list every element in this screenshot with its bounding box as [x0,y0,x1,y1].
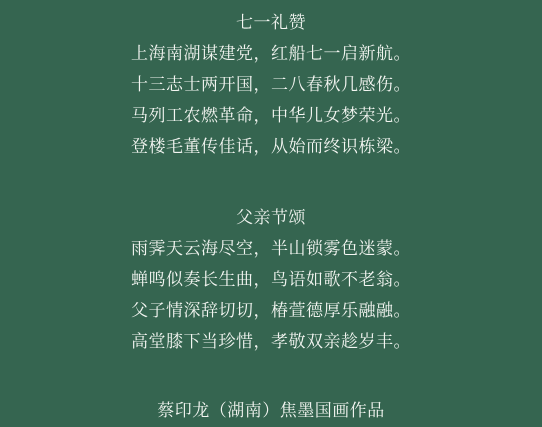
poem-1-line-1: 上海南湖谋建党，红船七一启新航。 [0,43,542,65]
poem-1-title: 七一礼赞 [0,12,542,34]
poem-1-line-2: 十三志士两开国，二八春秋几感伤。 [0,74,542,96]
poem-2-line-2: 蝉鸣似奏长生曲，鸟语如歌不老翁。 [0,269,542,291]
poem-2-line-4: 高堂膝下当珍惜，孝敬双亲趁岁丰。 [0,331,542,353]
artwork-credit: 蔡印龙（湖南）焦墨国画作品 [0,400,542,422]
poem-page: 七一礼赞 上海南湖谋建党，红船七一启新航。 十三志士两开国，二八春秋几感伤。 马… [0,0,542,427]
poem-1-line-3: 马列工农燃革命，中华儿女梦荣光。 [0,105,542,127]
poem-1-line-4: 登楼毛董传佳话，从始而终识栋梁。 [0,136,542,158]
poem-2-line-3: 父子情深辞切切，椿萱德厚乐融融。 [0,300,542,322]
poem-2-line-1: 雨霁天云海尽空，半山锁雾色迷蒙。 [0,238,542,260]
poem-2-title: 父亲节颂 [0,207,542,229]
